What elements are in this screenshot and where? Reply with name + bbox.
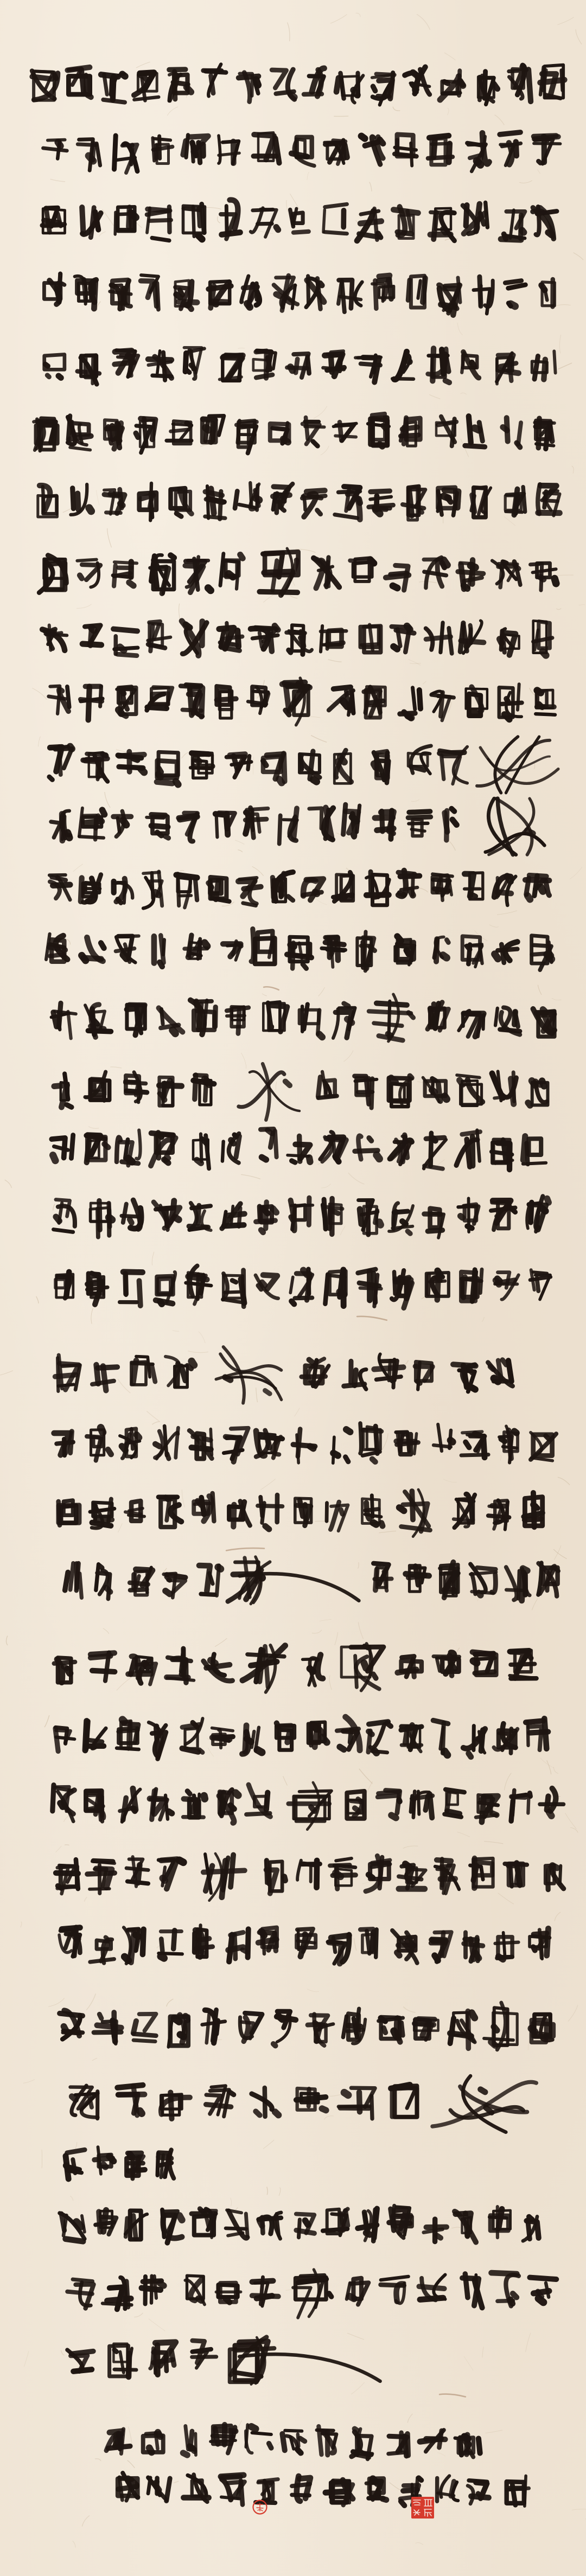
brush-stroke	[65, 1573, 68, 1590]
brush-stroke	[104, 494, 118, 496]
brush-stroke	[176, 294, 180, 297]
calligraphy-character	[433, 1855, 461, 1896]
calligraphy-character	[402, 1559, 431, 1599]
brush-stroke	[212, 1728, 233, 1730]
brush-stroke	[495, 1942, 518, 1943]
brush-stroke	[151, 1133, 174, 1135]
brush-stroke	[480, 2089, 485, 2092]
brush-stroke	[380, 2018, 385, 2021]
brush-stroke	[503, 1140, 506, 1161]
calligraphy-character	[111, 682, 140, 718]
brush-stroke	[262, 1503, 264, 1523]
calligraphy-character	[430, 2072, 548, 2136]
calligraphy-character	[138, 270, 167, 315]
calligraphy-character	[324, 1928, 352, 1966]
brush-stroke	[238, 1011, 239, 1034]
brush-stroke	[68, 416, 70, 440]
brush-stroke	[323, 368, 344, 369]
calligraphy-character	[445, 2008, 477, 2052]
calligraphy-character	[75, 617, 104, 656]
calligraphy-character	[497, 416, 524, 450]
calligraphy-character	[293, 1648, 326, 1689]
brush-stroke	[319, 1034, 322, 1037]
calligraphy-character	[501, 1859, 532, 1894]
calligraphy-character	[387, 1201, 416, 1236]
brush-stroke	[183, 141, 186, 155]
calligraphy-character	[244, 1781, 272, 1824]
calligraphy-character	[319, 1196, 349, 1241]
brush-stroke	[407, 626, 410, 629]
stain-stroke	[439, 2393, 466, 2396]
brush-stroke	[179, 302, 197, 302]
brush-stroke	[49, 777, 53, 779]
brush-stroke	[363, 1430, 382, 1431]
brush-stroke	[401, 887, 417, 890]
brush-stroke	[288, 897, 293, 900]
calligraphy-character	[365, 408, 392, 451]
calligraphy-character	[527, 998, 559, 1043]
brush-stroke	[384, 2028, 385, 2032]
calligraphy-character	[231, 413, 260, 455]
brush-stroke	[132, 1364, 153, 1364]
brush-stroke	[106, 1587, 110, 1591]
brush-stroke	[208, 588, 211, 591]
brush-stroke	[252, 2433, 271, 2434]
calligraphy-character	[491, 936, 520, 970]
brush-stroke	[508, 1360, 512, 1381]
calligraphy-character	[287, 2266, 336, 2320]
calligraphy-character	[224, 2204, 250, 2246]
brush-stroke	[346, 1430, 350, 1433]
brush-stroke	[125, 1139, 128, 1158]
brush-stroke	[408, 817, 431, 818]
calligraphy-character	[131, 69, 162, 105]
calligraphy-character	[495, 201, 527, 245]
brush-stroke	[461, 1279, 481, 1281]
calligraphy-character	[291, 2083, 330, 2118]
calligraphy-character	[438, 68, 465, 105]
paper-fiber	[526, 2333, 531, 2352]
brush-stroke	[95, 1520, 112, 1521]
brush-stroke	[518, 423, 521, 444]
brush-stroke	[55, 74, 56, 78]
brush-stroke	[501, 631, 502, 650]
brush-stroke	[441, 756, 443, 779]
calligraphy-character	[425, 1422, 456, 1464]
calligraphy-character	[290, 2472, 319, 2507]
calligraphy-character	[386, 1132, 415, 1166]
calligraphy-character	[419, 552, 450, 593]
calligraphy-character	[212, 1787, 241, 1826]
calligraphy-character	[431, 1647, 462, 1684]
brush-stroke	[46, 632, 61, 635]
brush-stroke	[342, 281, 345, 312]
brush-stroke	[365, 2213, 367, 2229]
calligraphy-character	[120, 1853, 150, 1896]
calligraphy-character	[128, 2006, 158, 2049]
brush-stroke	[373, 2479, 378, 2484]
brush-stroke	[514, 1431, 517, 1433]
brush-stroke	[472, 894, 476, 896]
brush-stroke	[297, 1941, 315, 1943]
calligraphy-character	[534, 481, 562, 518]
brush-stroke	[55, 1375, 77, 1376]
brush-stroke	[133, 2040, 155, 2041]
calligraphy-character	[256, 1489, 285, 1531]
calligraphy-character	[234, 2007, 264, 2047]
calligraphy-character	[323, 2474, 355, 2507]
calligraphy-character	[335, 1715, 362, 1759]
paper-fiber	[576, 29, 582, 44]
brush-stroke	[187, 1366, 191, 1369]
brush-stroke	[540, 208, 544, 212]
calligraphy-character	[65, 65, 93, 102]
brush-stroke	[122, 1720, 124, 1722]
brush-stroke	[562, 71, 563, 91]
calligraphy-character	[353, 929, 382, 973]
brush-stroke	[361, 363, 380, 365]
brush-stroke	[231, 1932, 244, 1935]
calligraphy-character	[289, 1925, 320, 1960]
calligraphy-character	[80, 747, 110, 784]
brush-stroke	[428, 1275, 429, 1295]
brush-stroke	[322, 2108, 326, 2110]
calligraphy-character	[88, 1647, 119, 1686]
calligraphy-character	[321, 200, 349, 244]
brush-stroke	[125, 1274, 126, 1294]
calligraphy-character	[431, 2473, 460, 2507]
brush-stroke	[139, 2014, 156, 2031]
brush-stroke	[355, 282, 362, 305]
calligraphy-character	[334, 68, 365, 105]
calligraphy-character	[82, 1268, 110, 1308]
calligraphy-character	[352, 1129, 381, 1165]
brush-stroke	[160, 1301, 162, 1304]
brush-stroke	[404, 418, 406, 444]
calligraphy-character	[286, 1193, 315, 1235]
calligraphy-character	[354, 1267, 384, 1312]
brush-stroke	[377, 496, 377, 510]
brush-stroke	[276, 92, 294, 94]
brush-stroke	[361, 136, 365, 139]
brush-stroke	[309, 1198, 309, 1225]
calligraphy-character	[458, 345, 488, 385]
brush-stroke	[454, 1519, 471, 1521]
calligraphy-character	[58, 2008, 87, 2043]
brush-stroke	[211, 489, 213, 513]
brush-stroke	[359, 1283, 379, 1286]
brush-stroke	[412, 1725, 413, 1746]
calligraphy-character	[295, 1855, 322, 1890]
calligraphy-character	[74, 344, 105, 388]
calligraphy-character	[33, 482, 60, 522]
brush-stroke	[136, 1130, 140, 1159]
brush-stroke	[534, 136, 556, 137]
brush-stroke	[349, 2296, 354, 2298]
brush-stroke	[262, 2217, 263, 2233]
calligraphy-character	[530, 680, 557, 726]
calligraphy-character	[184, 1130, 212, 1173]
calligraphy-character	[214, 345, 245, 387]
brush-stroke	[373, 86, 375, 91]
calligraphy-character	[485, 1494, 513, 1533]
calligraphy-character	[396, 868, 423, 905]
calligraphy-scroll	[0, 0, 586, 2576]
brush-stroke	[476, 1658, 495, 1659]
calligraphy-character	[272, 1717, 298, 1755]
calligraphy-character	[116, 747, 146, 783]
brush-stroke	[279, 816, 280, 844]
brush-stroke	[506, 512, 523, 512]
brush-stroke	[251, 2426, 256, 2428]
brush-stroke	[201, 1594, 215, 1594]
brush-stroke	[211, 1660, 215, 1664]
brush-stroke	[375, 280, 377, 309]
calligraphy-character	[270, 2006, 300, 2049]
brush-stroke	[87, 1287, 108, 1289]
calligraphy-character	[74, 205, 103, 240]
brush-stroke	[538, 2298, 543, 2302]
calligraphy-character	[75, 130, 105, 175]
brush-stroke	[170, 555, 174, 558]
brush-stroke	[501, 944, 504, 963]
calligraphy-character	[39, 346, 71, 385]
calligraphy-column-row	[45, 1243, 557, 1330]
calligraphy-character	[119, 1069, 149, 1108]
brush-stroke	[442, 349, 443, 374]
calligraphy-character	[114, 1715, 141, 1755]
calligraphy-character	[50, 1071, 78, 1109]
paper-fiber	[486, 2430, 502, 2433]
brush-stroke	[284, 1877, 285, 1881]
brush-stroke	[507, 418, 508, 441]
brush-stroke	[128, 1881, 148, 1883]
calligraphy-character	[156, 1492, 183, 1532]
brush-stroke	[147, 707, 167, 708]
brush-stroke	[92, 1523, 111, 1526]
brush-stroke	[372, 1864, 390, 1867]
brush-stroke	[158, 768, 161, 772]
calligraphy-character	[322, 133, 350, 168]
brush-stroke	[266, 1861, 266, 1883]
seal-glyph	[424, 2500, 432, 2506]
brush-stroke	[160, 962, 163, 967]
brush-stroke	[419, 2478, 422, 2481]
brush-stroke	[278, 2016, 282, 2019]
brush-stroke	[480, 1269, 482, 1293]
brush-stroke	[508, 285, 526, 288]
calligraphy-character	[201, 2083, 237, 2123]
calligraphy-character	[394, 685, 424, 722]
brush-stroke	[334, 687, 351, 689]
brush-stroke	[343, 140, 344, 158]
brush-stroke	[102, 810, 104, 814]
brush-stroke	[225, 1377, 231, 1380]
calligraphy-character	[340, 801, 368, 846]
brush-stroke	[94, 2158, 112, 2160]
brush-stroke	[449, 628, 451, 653]
brush-stroke	[491, 2042, 495, 2046]
brush-stroke	[119, 936, 139, 937]
calligraphy-character	[141, 868, 168, 911]
brush-stroke	[150, 2348, 154, 2368]
calligraphy-character	[455, 1194, 483, 1235]
calligraphy-character	[410, 2009, 441, 2046]
calligraphy-character	[240, 1721, 267, 1759]
brush-stroke	[537, 1278, 538, 1291]
calligraphy-character	[331, 870, 360, 906]
brush-stroke	[379, 1222, 380, 1225]
brush-stroke	[538, 2291, 542, 2297]
brush-stroke	[524, 1519, 540, 1520]
brush-stroke	[511, 304, 515, 306]
brush-stroke	[154, 2360, 173, 2362]
brush-stroke	[103, 2303, 132, 2305]
brush-stroke	[178, 873, 179, 905]
brush-stroke	[130, 1589, 146, 1590]
calligraphy-character	[250, 1125, 280, 1168]
brush-stroke	[48, 140, 65, 140]
calligraphy-character	[349, 1070, 381, 1111]
calligraphy-character	[188, 747, 217, 782]
brush-stroke	[458, 572, 483, 574]
brush-stroke	[420, 2298, 443, 2299]
calligraphy-character	[429, 681, 456, 723]
calligraphy-character	[180, 616, 209, 659]
brush-stroke	[53, 1230, 73, 1232]
brush-stroke	[113, 629, 137, 631]
paper-fiber	[5, 1180, 12, 1188]
calligraphy-character	[78, 677, 105, 723]
brush-stroke	[123, 1204, 126, 1223]
brush-stroke	[290, 1277, 293, 1293]
calligraphy-character	[461, 867, 486, 905]
calligraphy-character	[118, 1423, 147, 1464]
brush-stroke	[167, 2478, 170, 2501]
calligraphy-character	[192, 1559, 223, 1599]
brush-stroke	[55, 1728, 58, 1751]
brush-stroke	[204, 1796, 205, 1799]
brush-stroke	[373, 1523, 376, 1524]
calligraphy-character	[146, 1786, 176, 1822]
calligraphy-character	[268, 66, 297, 101]
brush-stroke	[476, 2275, 477, 2297]
brush-stroke	[391, 1078, 396, 1082]
brush-stroke	[365, 142, 378, 146]
calligraphy-character	[49, 1426, 78, 1465]
calligraphy-character	[437, 804, 466, 845]
brush-stroke	[300, 2438, 305, 2441]
brush-stroke	[99, 1200, 100, 1230]
calligraphy-character	[533, 277, 563, 311]
brush-stroke	[165, 1590, 170, 1594]
brush-stroke	[82, 644, 101, 645]
brush-stroke	[222, 1299, 242, 1302]
brush-stroke	[296, 2476, 300, 2501]
brush-stroke	[195, 759, 199, 762]
brush-stroke	[470, 566, 475, 568]
calligraphy-character	[461, 200, 491, 239]
brush-stroke	[291, 153, 307, 156]
brush-stroke	[49, 696, 66, 699]
calligraphy-character	[495, 1422, 523, 1466]
calligraphy-character	[145, 551, 177, 596]
brush-stroke	[117, 2433, 118, 2447]
calligraphy-character	[275, 804, 302, 848]
brush-stroke	[453, 820, 457, 825]
brush-stroke	[262, 1158, 266, 1160]
brush-stroke	[199, 1565, 210, 1591]
brush-stroke	[424, 1166, 443, 1169]
brush-stroke	[513, 2293, 517, 2297]
calligraphy-character	[462, 129, 492, 174]
brush-stroke	[418, 281, 420, 298]
brush-stroke	[372, 1751, 387, 1753]
brush-stroke	[141, 769, 144, 772]
brush-stroke	[364, 1663, 366, 1669]
calligraphy-character	[213, 680, 241, 724]
calligraphy-character	[355, 203, 386, 245]
paper-fiber	[557, 17, 574, 25]
calligraphy-character	[493, 1000, 522, 1038]
brush-stroke	[139, 1281, 140, 1306]
calligraphy-character	[65, 2271, 96, 2311]
brush-stroke	[250, 483, 251, 507]
brush-stroke	[152, 1366, 155, 1382]
brush-stroke	[70, 1563, 73, 1590]
brush-stroke	[294, 232, 309, 233]
brush-stroke	[81, 69, 84, 93]
calligraphy-character	[490, 1068, 519, 1107]
calligraphy-character	[151, 1198, 182, 1232]
brush-stroke	[392, 1816, 396, 1818]
brush-stroke	[128, 1515, 144, 1517]
brush-stroke	[85, 1721, 87, 1750]
brush-stroke	[329, 2293, 331, 2297]
brush-stroke	[340, 757, 345, 762]
calligraphy-character	[269, 870, 295, 909]
calligraphy-character	[139, 2273, 169, 2307]
brush-stroke	[492, 1574, 496, 1592]
brush-stroke	[327, 354, 341, 356]
brush-stroke	[505, 281, 521, 283]
brush-stroke	[371, 491, 390, 492]
brush-stroke	[267, 1130, 272, 1134]
calligraphy-column-row	[52, 1901, 557, 1988]
calligraphy-character	[259, 998, 290, 1037]
calligraphy-character	[241, 803, 270, 841]
brush-stroke	[468, 1198, 469, 1232]
calligraphy-character	[181, 2472, 213, 2504]
brush-stroke	[467, 143, 484, 146]
calligraphy-character	[456, 555, 486, 593]
brush-stroke	[405, 359, 410, 362]
calligraphy-character	[488, 1197, 518, 1235]
brush-stroke	[226, 623, 227, 644]
calligraphy-character	[67, 482, 93, 517]
brush-stroke	[500, 132, 520, 135]
brush-stroke	[240, 555, 243, 559]
brush-stroke	[444, 560, 448, 565]
calligraphy-character	[246, 679, 275, 722]
calligraphy-character	[283, 347, 315, 388]
brush-stroke	[62, 814, 62, 841]
brush-stroke	[486, 2108, 492, 2113]
calligraphy-character	[254, 1426, 285, 1460]
brush-stroke	[192, 1361, 194, 1365]
brush-stroke	[265, 1391, 270, 1394]
calligraphy-character	[146, 131, 175, 171]
